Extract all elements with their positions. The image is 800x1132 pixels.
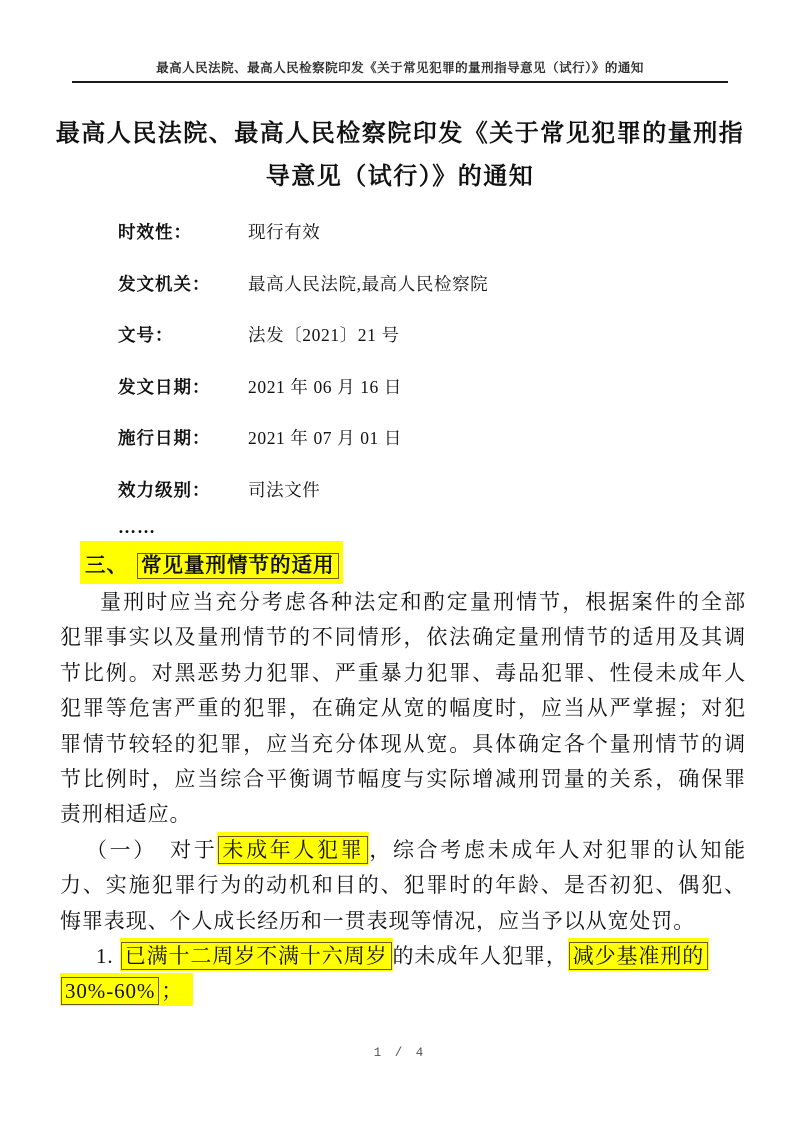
section-heading: 三、常见量刑情节的适用 <box>80 541 343 584</box>
meta-value: 司法文件 <box>248 477 320 502</box>
body-line: 30%-60%； <box>60 974 746 1009</box>
document-title: 最高人民法院、最高人民检察院印发《关于常见犯罪的量刑指 导意见（试行）》的通知 <box>30 113 770 199</box>
document-page: 最高人民法院、最高人民检察院印发《关于常见犯罪的量刑指导意见（试行）》的通知 最… <box>0 0 800 1132</box>
body-text: 量刑时应当充分考虑各种法定和酌定量刑情节，根据案件的全部 犯罪事实以及量刑情节的… <box>60 585 746 1010</box>
body-line: （一） 对于未成年人犯罪，综合考虑未成年人对犯罪的认知能 <box>60 833 746 868</box>
meta-label: 发文日期： <box>118 374 248 399</box>
body-line: 犯罪等危害严重的犯罪，在确定从宽的幅度时，应当从严掌握；对犯 <box>60 691 746 726</box>
body-line: 罪情节较轻的犯罪，应当充分体现从宽。具体确定各个量刑情节的调 <box>60 727 746 762</box>
body-line: 悔罪表现、个人成长经历和一贯表现等情况，应当予以从宽处罚。 <box>60 904 746 939</box>
body-line: 力、实施犯罪行为的动机和目的、犯罪时的年龄、是否初犯、偶犯、 <box>60 868 746 903</box>
section-number: 三、 <box>85 555 137 577</box>
page-number: 1 / 4 <box>0 1046 800 1060</box>
meta-label: 施行日期： <box>118 425 248 450</box>
meta-label: 时效性： <box>118 219 248 244</box>
highlight-phrase-juvenile-crime: 未成年人犯罪 <box>218 836 368 864</box>
highlight-wrap: 30%-60% <box>60 973 160 1006</box>
body-line: 犯罪事实以及量刑情节的不同情形，依法确定量刑情节的适用及其调 <box>60 620 746 655</box>
body-segment: 1. <box>96 944 120 968</box>
body-line: 节比例。对黑恶势力犯罪、严重暴力犯罪、毒品犯罪、性侵未成年人 <box>60 656 746 691</box>
meta-value: 2021 年 06 月 16 日 <box>248 374 402 399</box>
body-segment: 的未成年人犯罪， <box>393 944 568 968</box>
meta-value: 现行有效 <box>248 219 320 244</box>
meta-value: 法发〔2021〕21 号 <box>248 322 400 347</box>
title-line-1: 最高人民法院、最高人民检察院印发《关于常见犯罪的量刑指 <box>30 113 770 156</box>
highlight-tail: ； <box>160 973 193 1006</box>
meta-row-issue-date: 发文日期： 2021 年 06 月 16 日 <box>118 361 740 413</box>
meta-section: 时效性： 现行有效 发文机关： 最高人民法院,最高人民检察院 文号： 法发〔20… <box>118 206 740 543</box>
body-line: 1. 已满十二周岁不满十六周岁的未成年人犯罪，减少基准刑的 <box>60 939 746 974</box>
meta-label: 效力级别： <box>118 477 248 502</box>
body-line: 量刑时应当充分考虑各种法定和酌定量刑情节，根据案件的全部 <box>60 585 746 620</box>
omitted-content-ellipsis: …… <box>118 515 740 543</box>
meta-value: 2021 年 07 月 01 日 <box>248 425 402 450</box>
highlight-phrase-reduce-base-penalty: 减少基准刑的 <box>569 942 708 970</box>
highlight-phrase-age-range: 已满十二周岁不满十六周岁 <box>121 942 392 970</box>
meta-row-effective-date: 施行日期： 2021 年 07 月 01 日 <box>118 412 740 464</box>
highlight-phrase-percentage: 30%-60% <box>61 977 159 1005</box>
body-line: 责刑相适应。 <box>60 797 746 832</box>
highlight-wrap: 已满十二周岁不满十六周岁 <box>120 938 393 971</box>
meta-row-issuing-authority: 发文机关： 最高人民法院,最高人民检察院 <box>118 258 740 310</box>
meta-value: 最高人民法院,最高人民检察院 <box>248 271 488 296</box>
meta-row-legal-level: 效力级别： 司法文件 <box>118 464 740 516</box>
section-heading-boxed-phrase: 常见量刑情节的适用 <box>137 553 339 579</box>
highlight-wrap: 减少基准刑的 <box>568 938 709 971</box>
body-line: 节比例时，应当综合平衡调节幅度与实际增减刑罚量的关系，确保罪 <box>60 762 746 797</box>
highlight-wrap: 未成年人犯罪 <box>217 832 369 865</box>
header-divider <box>72 81 728 83</box>
meta-label: 发文机关： <box>118 271 248 296</box>
body-segment: （一） 对于 <box>86 838 217 862</box>
body-segment: ，综合考虑未成年人对犯罪的认知能 <box>369 838 746 862</box>
running-header-text: 最高人民法院、最高人民检察院印发《关于常见犯罪的量刑指导意见（试行）》的通知 <box>40 58 760 76</box>
meta-row-effectiveness: 时效性： 现行有效 <box>118 206 740 258</box>
section-heading-highlight: 三、常见量刑情节的适用 <box>80 541 343 584</box>
meta-label: 文号： <box>118 322 248 347</box>
title-line-2: 导意见（试行）》的通知 <box>30 156 770 199</box>
meta-row-document-number: 文号： 法发〔2021〕21 号 <box>118 309 740 361</box>
